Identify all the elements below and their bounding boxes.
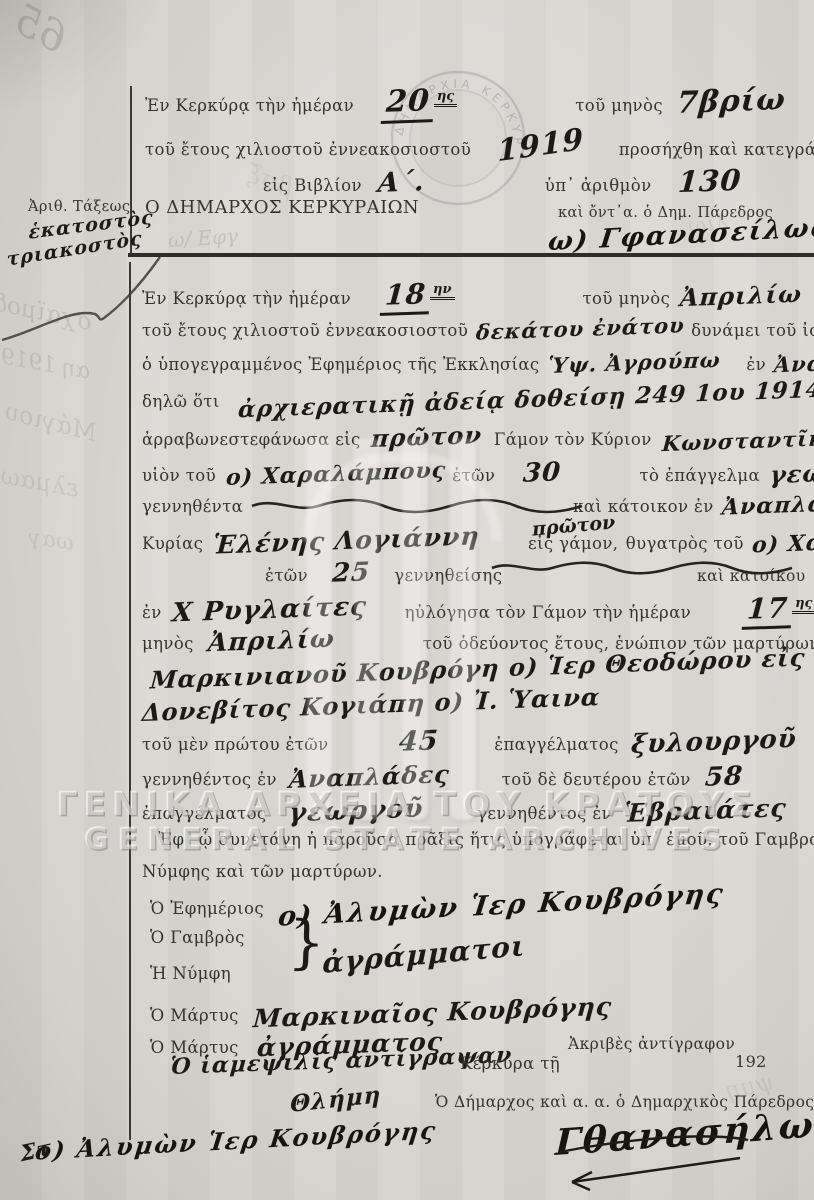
handwritten-text: ω) Γφανασείλως [546,213,814,258]
handwritten-text: ο) Χαραλάμου [751,526,814,559]
printed-text: τοῦ δὲ δευτέρου ἐτῶν [502,770,691,789]
printed-text: δηλῶ ὅτι [142,392,220,411]
printed-text: μηνὸς [142,634,194,653]
printed-text: Ἐν Κερκύρᾳ τὴν ἡμέραν [145,96,354,115]
handwritten-text: 30 [522,457,562,488]
handwritten-text: Χ Ρυγλαίτες [171,592,368,629]
handwritten-text: ο) Ἀλυμὼν Ἱερ Κουβρόγης [33,1115,438,1165]
act-line-witness-2: Δονεβίτος Κογιάπη ο) Ἰ. Ὑαινα [142,690,601,719]
signature-arrow-flourish [572,1158,740,1190]
corfu-date-label: Κέρκυρα τῇ [460,1054,560,1073]
handwritten-text: 17 [742,591,794,630]
section-separator-rule [128,253,814,257]
handwritten-text: 25 [331,557,371,588]
handwritten-text: Ἀπριλίω [207,624,336,658]
printed-text: τὸ ἐπάγγελμα [639,466,760,485]
handwritten-text: γεωργὸν [769,456,814,489]
handwritten-text: 7βρίω [676,82,787,121]
deputy-signature-bottom: Γθανασήλως [555,1112,814,1154]
printed-text: Ἀκριβὲς ἀντίγραφον [568,1035,735,1053]
ghost-mark: σχαϊμοδ [0,288,95,336]
printed-text: ἐτῶν [452,466,495,485]
act-line-closing-1: Ἐφ᾽ ᾧ συνετάγη ἡ παροῦσα πρᾶξις ἥτις ὑπο… [158,830,814,849]
handwritten-text: Θλήμη [290,1081,381,1118]
act-line-closing-2: Νύμφης καὶ τῶν μαρτύρων. [142,862,383,881]
handwritten-text: ξυλουργοῦ [630,724,798,760]
bride-signature-label: Ἡ Νύμφη [150,964,231,983]
ghost-mark: 65 [6,0,76,63]
bottom-left-mark: Στ [18,1135,54,1166]
handwritten-text: ἀγράμματοι [322,929,526,980]
printed-text: τοῦ ἔτους χιλιοστοῦ ἐννεακοσιοστοῦ [142,321,468,340]
registration-line-year: τοῦ ἔτους χιλιοστοῦ ἐννεακοσιοστοῦ1919πρ… [145,128,814,163]
printed-text: θυγατρὸς τοῦ [626,534,744,553]
handwritten-text: ο) Ἀλυμὼν Ἱερ Κουβρόγης [276,878,726,933]
printed-text: Ἐν Κερκύρᾳ τὴν ἡμέραν [142,289,351,308]
handwritten-text: Ἀναπλάδες [721,489,814,520]
printed-text: Κυρίας [142,534,203,553]
act-line-witness1-birth: γεννηθέντος ἐνἈναπλάδεςτοῦ δὲ δευτέρου ἐ… [142,762,743,792]
act-line-witness2-occupation: ἐπαγγέλματοςγεωργοῦγεννηθέντος ἐνἙβραιάτ… [142,796,787,826]
handwritten-text: γεωργοῦ [288,794,425,829]
act-line-groom-residence: γεννηθέντακαὶ κάτοικον ἐνἈναπλάδεςμετὰ τ… [142,492,814,518]
act-line-bride: ΚυρίαςἙλένης Λογιάννηεἰς γάμον,πρῶτονθυγ… [142,526,814,555]
printed-text: εἰς Βιβλίον [263,176,362,195]
handwritten-text: Κωνσταντῖνον Καψοκέρην [661,419,814,456]
signature-brace: } [288,942,325,966]
registration-line-date: Ἐν Κερκύρᾳ τὴν ἡμέραν20ηςτοῦ μηνὸς7βρίω [145,84,786,123]
handwritten-text: 58 [704,761,744,792]
printed-text: καὶ κατοίκου [697,567,806,585]
printed-text: υἱὸν τοῦ [142,466,216,485]
act-line-bride-age: ἐτῶν25γεννηθείσης [265,558,502,588]
printed-text: ἐπαγγέλματος [494,735,619,754]
ghost-mark: ελμαω [0,461,81,502]
act-line-groom: ἀρραβωνεστεφάνωσα εἰςπρῶτονΓάμον τὸν Κύρ… [142,422,814,451]
act-line-permission: δηλῶ ὅτιἀρχιερατικῇ ἀδείᾳ δοθείσῃ 249 1ο… [142,386,814,413]
printed-text: Νύμφης καὶ τῶν μαρτύρων. [142,862,383,881]
handwritten-text: 130 [676,163,742,199]
printed-text: Γάμον τὸν Κύριον [494,430,652,449]
handwritten-text: δεκάτου ἐνάτου [475,312,686,344]
handwritten-text: 18 [380,277,432,316]
printed-text: Ο ΔΗΜΑΡΧΟΣ ΚΕΡΚΥΡΑΙΩΝ [145,197,419,218]
act-line-year: τοῦ ἔτους χιλιοστοῦ ἐννεακοσιοστοῦδεκάτο… [142,316,814,341]
act-line-bride-residence-label: καὶ κατοίκου [697,566,806,585]
printed-text: γεννηθείσης [394,566,502,585]
printed-text: Ὁ Γαμβρὸς [150,928,245,947]
printed-text: γεννηθέντα [142,497,243,516]
illiterate-note: ἀγράμματοι [322,938,526,971]
handwritten-text: ἀρχιερατικῇ ἀδείᾳ δοθείσῃ 249 1ου 1914 [237,376,814,423]
printed-text: προσήχθη καὶ κατεγράφη [619,140,814,159]
deputy-mayor-signature: ω) Γφανασείλως [548,220,814,250]
handwritten-text: } [288,941,325,942]
printed-text: γεννηθέντος ἐν [477,804,612,823]
printed-text: τοῦ μὲν πρώτου ἐτῶν [142,735,329,754]
act-line-witness1-age: τοῦ μὲν πρώτου ἐτῶν45ἐπαγγέλματοςξυλουργ… [142,726,797,757]
handwritten-text: Ἀναπλάδες [288,759,451,794]
printed-text: ἐπαγγέλματος [142,804,267,823]
footer-hw-note: Θλήμη [290,1086,381,1113]
handwritten-text: ης [434,89,457,107]
printed-text: Ὁ Ἐφημέριος [150,899,264,918]
printed-text: ἐτῶν [265,566,308,585]
printed-text: ἐν [746,355,766,374]
printed-text: ἐν [142,603,162,622]
printed-text: τοῦ μηνὸς [583,289,671,308]
handwritten-text: Ὑψ. Ἀγρούπω [547,347,721,378]
act-line-wedding-day: ἐνΧ Ρυγλαίτεςηὐλόγησα τὸν Γάμον τὴν ἡμέρ… [142,592,814,629]
handwritten-text: πρῶτον [370,420,483,453]
groom-signature-label: Ὁ Γαμβρὸς [150,928,245,947]
registration-line-book-number: εἰς ΒιβλίονΑ΄.ὑπ᾽ ἀριθμὸν130 [263,164,741,198]
act-line-groom-father: υἱὸν τοῦο) Χαραλάμπουςἐτῶν30τὸ ἐπάγγελμα… [142,458,814,488]
handwritten-text: Α΄. [377,166,426,199]
priest-signature-line: Ὁ Ἐφημέριοςο) Ἀλυμὼν Ἱερ Κουβρόγης [150,890,725,921]
ghost-mark: Μάγιου [2,397,100,447]
act-left-rule [129,262,131,1140]
handwritten-text: ο) Χαραλάμπους [225,457,447,491]
mayor-title: Ο ΔΗΜΑΡΧΟΣ ΚΕΡΚΥΡΑΙΩΝ [145,197,419,218]
handwritten-text: Ἀπριλίω [679,279,803,312]
printed-text: ὁ ὑπογεγραμμένος Ἐφημέριος τῆς Ἐκκλησίας [142,355,540,374]
printed-text: Κέρκυρα τῇ [460,1054,560,1073]
ghost-mark: ω/ Εφγ [167,224,238,253]
printed-text: ὑπ᾽ ἀριθμὸν [545,176,652,195]
printed-text: τοῦ μηνὸς [575,96,663,115]
printed-text: ἀρραβωνεστεφάνωσα εἰς [142,430,361,449]
priest-signature-bottom: ο) Ἀλυμὼν Ἱερ Κουβρόγης [35,1126,437,1155]
handwritten-text: Ἀναπλάδι [773,348,814,377]
act-line-church: ὁ ὑπογεγραμμένος Ἐφημέριος τῆς Ἐκκλησίας… [142,350,814,375]
scanned-document-page: 65ω/ Εφγσχαϊμοδαη 1919Μάγιουελμαωωαγβσξλ… [0,0,814,1200]
handwritten-text: 20 [381,83,435,124]
handwritten-text: ην [430,282,454,300]
handwritten-text: ης [792,596,814,614]
handwritten-text: Γθανασήλως [555,1102,814,1164]
page-number: 192 [735,1052,767,1071]
act-line-date: Ἐν Κερκύρᾳ τὴν ἡμέραν18ηντοῦ μηνὸςἈπριλί… [142,278,802,315]
printed-text: δυνάμει τοῦ ἰσχύοντος Νόμου, [691,321,814,340]
printed-text: Ὁ Μάρτυς [150,1006,239,1025]
handwritten-text: Ἑλένης Λογιάννη [212,521,481,559]
handwritten-text: Ἑβραιάτες [623,793,788,828]
printed-text: ηὐλόγησα τὸν Γάμον τὴν ἡμέραν [405,603,691,622]
act-line-witness-1: Μαρκινιανοῦ Κουβρόγη ο) Ἱερ Θεοδώρου εἰς [150,654,806,683]
ghost-mark: ωαγ [26,525,75,556]
witness1-signature-line: Ὁ ΜάρτυςΜαρκιναῖος Κουβρόγης [150,998,612,1027]
printed-text: 192 [735,1052,767,1071]
handwritten-text: 45 [398,725,440,757]
printed-text: Ἡ Νύμφη [150,964,231,983]
ghost-mark: αη 1919 [0,344,93,384]
printed-text: Ἐφ᾽ ᾧ συνετάγη ἡ παροῦσα πρᾶξις ἥτις ὑπο… [158,830,814,849]
printed-text: τοῦ ἔτους χιλιοστοῦ ἐννεακοσιοστοῦ [145,140,471,159]
printed-text: γεννηθέντος ἐν [142,770,277,789]
handwritten-text: 1919 [497,122,585,169]
certified-copy-label: Ἀκριβὲς ἀντίγραφον [568,1034,735,1053]
